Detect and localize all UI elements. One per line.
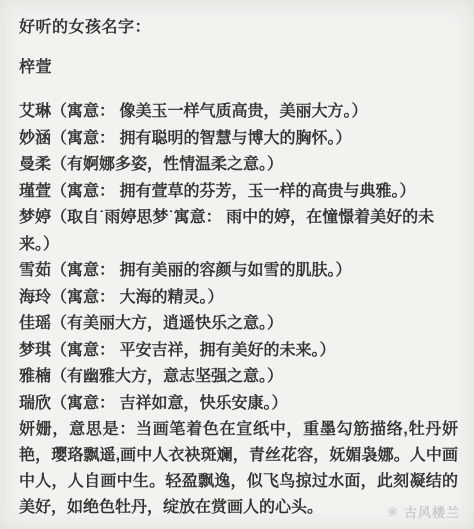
name-entry: 雅楠（有幽雅大方，意志坚强之意。） — [19, 364, 458, 391]
featured-name: 梓萱 — [19, 54, 458, 82]
name-entry: 梦婷（取自˙雨婷思梦˙寓意： 雨中的婷，在憧憬着美好的未来。） — [19, 205, 458, 258]
name-list: 艾琳（寓意： 像美玉一样气质高贵，美丽大方。） 妙涵（寓意： 拥有聪明的智慧与博… — [19, 99, 458, 417]
watermark-label: 古风楼兰 — [404, 502, 460, 521]
document-page: 好听的女孩名字： 梓萱 艾琳（寓意： 像美玉一样气质高贵，美丽大方。） 妙涵（寓… — [0, 0, 474, 529]
name-entry: 瑾萱（寓意： 拥有萱草的芬芳，玉一样的高贵与典雅。） — [19, 179, 458, 206]
name-entry: 艾琳（寓意： 像美玉一样气质高贵，美丽大方。） — [19, 99, 458, 126]
name-entry: 曼柔（有婀娜多姿，性情温柔之意。） — [19, 152, 458, 179]
page-title: 好听的女孩名字： — [19, 14, 458, 42]
name-entry: 瑞欣（寓意： 吉祥如意，快乐安康。） — [19, 391, 458, 418]
name-entry: 梦琪（寓意： 平安吉祥，拥有美好的未来。） — [19, 338, 458, 365]
watermark: ❀ 古风楼兰 — [387, 502, 460, 521]
name-entry: 妙涵（寓意： 拥有聪明的智慧与博大的胸怀。） — [19, 126, 458, 153]
name-entry: 雪茹（寓意： 拥有美丽的容颜与如雪的肌肤。） — [19, 258, 458, 285]
flower-icon: ❀ — [387, 505, 399, 518]
name-entry: 佳瑶（有美丽大方，逍遥快乐之意。） — [19, 311, 458, 338]
name-entry: 海玲（寓意： 大海的精灵。） — [19, 285, 458, 312]
